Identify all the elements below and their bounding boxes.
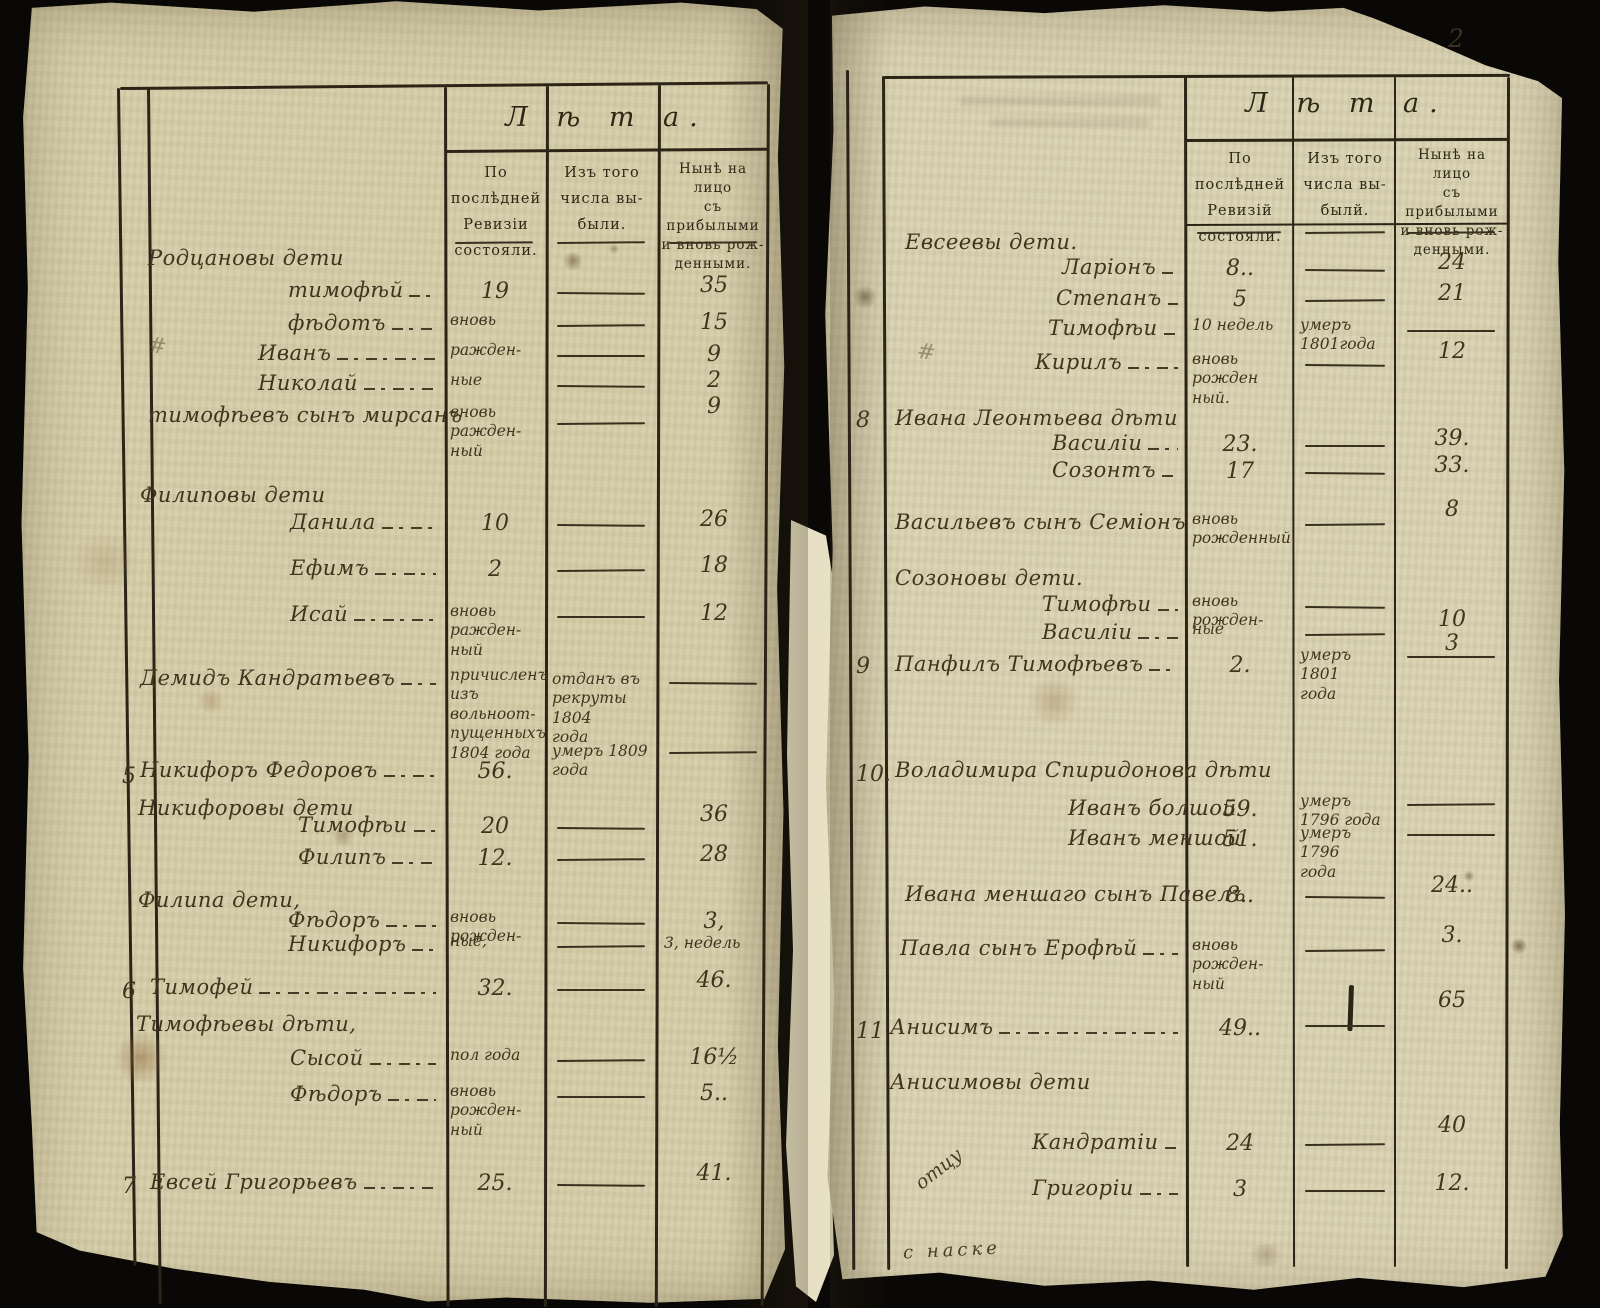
handdrawn-dash-line (557, 1059, 645, 1062)
age-now: 21 (1402, 280, 1502, 308)
ink-bleed-ghost (990, 118, 1150, 127)
dash-leader (999, 1032, 1178, 1034)
person-name: Анисимъ (890, 1015, 993, 1039)
age-last-revision: ражден- (450, 341, 540, 360)
departed-note: умеръ 1801года (1300, 316, 1392, 355)
person-name: Степанъ (1056, 286, 1162, 310)
handdrawn-dash-line (669, 682, 757, 685)
family-group-label: Ивана Леонтьева дѣти (895, 406, 1178, 430)
person-name: Демидъ Кандратьевъ (140, 666, 395, 690)
handdrawn-dash-line (557, 989, 645, 991)
margin-note: с наске (903, 1237, 1002, 1263)
handdrawn-dash-line (1305, 269, 1385, 272)
age-last-revision: 17 (1192, 458, 1288, 486)
margin-note: отцу (911, 1144, 967, 1194)
person-name: Филипъ (298, 845, 386, 869)
household-number: 7 (122, 1174, 136, 1199)
col2-header-left: Изъ того числа вы- были. (551, 160, 653, 238)
handdrawn-dash-line (1305, 523, 1385, 526)
age-last-revision: пол года (450, 1046, 540, 1065)
dash-leader (375, 573, 436, 575)
age-last-revision: 8.. (1192, 255, 1288, 283)
age-now: 5.. (664, 1080, 764, 1108)
handdrawn-dash-line (1305, 1025, 1385, 1027)
age-last-revision: 19 (450, 278, 540, 306)
family-group-label: Филиповы дети (140, 483, 326, 507)
col3-header-left: Нынѣ на лицо съ прибылыми и вновь рож- д… (659, 160, 767, 274)
age-now: 36 (664, 801, 764, 829)
dash-leader (1149, 669, 1178, 671)
person-name: Созоновы дети. (895, 566, 1083, 590)
handdrawn-dash-line (557, 385, 645, 388)
handdrawn-dash-line (557, 1096, 645, 1098)
table-rule-line (882, 76, 890, 1270)
document-scan: Л ѣ т а. По послѣдней Ревизіи состояли. … (0, 0, 1600, 1308)
handdrawn-dash-line (1305, 1190, 1385, 1192)
age-now: 2 (664, 367, 764, 395)
table-rule-line (117, 88, 136, 1266)
person-name: Ивана Леонтьева дѣти (895, 406, 1178, 430)
family-group-label: Евсеевы дети. (905, 230, 1078, 254)
person-name: Исай (290, 602, 348, 626)
paper-stain (1510, 938, 1528, 954)
handdrawn-dash-line (557, 858, 645, 861)
person-row: Степанъ (1056, 286, 1182, 310)
person-name: Ларіонъ (1062, 255, 1156, 279)
table-rule-line (1184, 77, 1189, 1267)
departed-note: умеръ 1809 года (552, 742, 652, 781)
dash-leader (388, 1099, 436, 1101)
person-name: Тимофѣи (298, 813, 408, 837)
person-row: Евсей Григорьевъ (150, 1170, 440, 1194)
person-row: Кандратіи (1032, 1130, 1182, 1154)
age-now: 46. (664, 967, 764, 995)
handdrawn-dash-line (1305, 633, 1385, 636)
age-last-revision: 10 (450, 510, 540, 538)
dash-leader (412, 949, 436, 951)
person-name: Тимофѣи (1048, 316, 1158, 340)
age-last-revision: вновь рожден ный. (1192, 350, 1288, 408)
col1-header-left: По послѣдней Ревизіи состояли. (449, 160, 543, 264)
table-rule-line (1292, 77, 1295, 1267)
person-row: Фѣдоръ (290, 1082, 440, 1106)
person-name: Родцановы дети (148, 246, 344, 270)
page-number: 2 (1448, 24, 1464, 53)
person-row: Василіи (1052, 431, 1182, 455)
household-number: 10. (856, 762, 891, 787)
age-now: 12 (1402, 338, 1502, 366)
person-name: тимофѣевъ сынъ мирсанъ (148, 403, 463, 427)
age-last-revision: 2. (1192, 652, 1288, 680)
age-now: 8 (1402, 496, 1502, 524)
handdrawn-dash-line (1305, 445, 1385, 447)
handdrawn-dash-line (557, 1184, 645, 1187)
age-now: 35 (664, 272, 764, 300)
person-name: Созонтъ (1052, 458, 1156, 482)
col2-header-right: Изъ того числа вы- былй. (1297, 146, 1393, 224)
age-last-revision: вновь ражден- ный (450, 602, 540, 660)
person-name: Фѣдоръ (288, 908, 380, 932)
col3-header-right: Нынѣ на лицо съ прибылыми и вновь рож- д… (1397, 146, 1507, 260)
person-row: Васильевъ сынъ Семіонъ (895, 510, 1182, 534)
person-row: Тимофей (150, 975, 440, 999)
dash-leader (1162, 475, 1178, 477)
person-row: Фѣдоръ (288, 908, 440, 932)
handdrawn-dash-line (557, 827, 645, 830)
age-now: 3, недель (664, 934, 764, 953)
dash-leader (259, 992, 436, 994)
person-row: Демидъ Кандратьевъ (140, 666, 440, 690)
person-name: Фѣдоръ (290, 1082, 382, 1106)
handdrawn-dash-line (1407, 803, 1495, 806)
handdrawn-dash-line (1305, 231, 1385, 234)
person-name: Сысой (290, 1046, 364, 1070)
dash-leader (384, 775, 436, 777)
ink-layer: Л ѣ т а. По послѣдней Ревизіи состояли. … (0, 0, 1600, 1308)
age-last-revision: 56. (450, 758, 540, 786)
family-group-label: Созоновы дети. (895, 566, 1083, 590)
person-row: Иванъ (258, 341, 440, 365)
person-row: Анисимъ (890, 1015, 1182, 1039)
age-now: 41. (664, 1160, 764, 1188)
age-last-revision: 23. (1192, 431, 1288, 459)
dash-leader (1168, 303, 1178, 305)
handdrawn-dash-line (557, 616, 645, 618)
person-row: Кирилъ (1035, 350, 1182, 374)
departed-note: отданъ въ рекруты 1804 года (552, 670, 652, 748)
handdrawn-dash-line (557, 355, 645, 357)
age-now: 33. (1402, 452, 1502, 480)
person-row: Николай (258, 371, 440, 395)
age-last-revision: 3 (1192, 1176, 1288, 1204)
person-name: Филипа дети, (138, 888, 300, 912)
paper-stain (196, 688, 226, 714)
person-row: Василіи (1042, 620, 1182, 644)
family-group-label: Воладимира Спиридонова дѣти (895, 758, 1272, 782)
dash-leader (386, 925, 436, 927)
age-last-revision: 12. (450, 845, 540, 873)
handdrawn-dash-line (1305, 606, 1385, 609)
age-now: 26 (664, 506, 764, 534)
dash-leader (401, 683, 436, 685)
person-name: Тимофей (150, 975, 253, 999)
person-row: фѣдотъ (288, 311, 440, 335)
person-row: Ефимъ (290, 556, 440, 580)
handdrawn-dash-line (557, 324, 645, 327)
person-row: Панфилъ Тимофѣевъ (895, 652, 1182, 676)
departed-note: умеръ 1801 года (1300, 646, 1392, 704)
dash-leader (354, 619, 436, 621)
person-name: Никифоръ Федоровъ (140, 758, 378, 782)
table-rule-line (884, 74, 1510, 79)
household-number: 11 (856, 1019, 884, 1044)
person-row: Григоріи (1032, 1176, 1182, 1200)
age-now: 18 (664, 552, 764, 580)
handdrawn-dash-line (1305, 299, 1385, 302)
person-row: Никифоръ (288, 932, 440, 956)
handdrawn-dash-line (1305, 949, 1385, 952)
age-last-revision: причисленъ изъ вольноот- пущенныхъ 1804 … (450, 666, 540, 763)
person-name: Воладимира Спиридонова дѣти (895, 758, 1272, 782)
handdrawn-dash-line (557, 241, 645, 244)
person-name: Панфилъ Тимофѣевъ (895, 652, 1143, 676)
person-row: Ларіонъ (1062, 255, 1182, 279)
dash-leader (1148, 448, 1178, 450)
family-group-label: Анисимовы дети (890, 1070, 1091, 1094)
table-rule-line (445, 148, 768, 153)
age-last-revision: 24 (1192, 1130, 1288, 1158)
person-row: Созонтъ (1052, 458, 1182, 482)
person-row: тимофѣевъ сынъ мирсанъ (148, 403, 440, 427)
family-group-label: Родцановы дети (148, 246, 344, 270)
handdrawn-dash-line (1305, 364, 1385, 367)
household-number: 9 (856, 654, 870, 679)
person-name: Анисимовы дети (890, 1070, 1091, 1094)
dash-leader (409, 295, 436, 297)
age-now: 24 (1402, 249, 1502, 277)
age-last-revision: вновь (450, 311, 540, 330)
person-row: тимофѣй (288, 278, 440, 302)
handdrawn-dash-line (1305, 896, 1385, 899)
person-row: Никифоръ Федоровъ (140, 758, 440, 782)
table-rule-line (444, 87, 449, 1307)
age-now: 40 (1402, 1112, 1502, 1140)
dash-leader (392, 328, 436, 330)
age-last-revision: вновь рожденный (1192, 510, 1288, 549)
dash-leader (370, 1063, 436, 1065)
person-name: тимофѣй (288, 278, 403, 302)
age-last-revision: 8.. (1192, 882, 1288, 910)
age-last-revision: ные, (450, 932, 540, 951)
person-name: Павла сынъ Ерофѣй (900, 936, 1137, 960)
person-row: Ивана меншаго сынъ Павелъ (905, 882, 1182, 906)
person-name: Тимофѣевы дѣти, (136, 1012, 356, 1036)
age-now: 28 (664, 841, 764, 869)
dash-leader (1128, 367, 1178, 369)
age-now: 24.. (1402, 872, 1502, 900)
age-now: 3, (664, 908, 764, 936)
age-last-revision: 20 (450, 813, 540, 841)
age-last-revision: 10 недель (1192, 316, 1288, 335)
age-last-revision: 5 (1192, 286, 1288, 314)
handdrawn-dash-line (1407, 656, 1495, 658)
age-now: 15 (664, 309, 764, 337)
family-group-label: Филипа дети, (138, 888, 300, 912)
person-name: Григоріи (1032, 1176, 1134, 1200)
handdrawn-dash-line (1407, 330, 1495, 332)
person-row: Тимофѣи (1048, 316, 1182, 340)
paper-stain (112, 1032, 170, 1084)
table-rule-line (1185, 138, 1508, 142)
person-name: Кандратіи (1032, 1130, 1159, 1154)
person-name: Ефимъ (290, 556, 369, 580)
dash-leader (414, 830, 436, 832)
dash-leader (364, 1187, 436, 1189)
paper-stain (852, 286, 878, 308)
handdrawn-dash-line (1305, 472, 1385, 475)
dash-leader (382, 527, 436, 529)
family-group-label: Тимофѣевы дѣти, (136, 1012, 356, 1036)
dash-leader (392, 862, 436, 864)
person-row: Павла сынъ Ерофѣй (900, 936, 1182, 960)
handdrawn-dash-line (557, 945, 645, 948)
age-last-revision: 49.. (1192, 1015, 1288, 1043)
table-rule-line (846, 70, 855, 1270)
age-now: 9 (664, 341, 764, 369)
person-row: Иванъ болшой (1068, 796, 1182, 820)
paper-stain (70, 530, 140, 594)
age-last-revision: ные (1192, 620, 1288, 639)
person-name: Василіи (1042, 620, 1132, 644)
person-row: Тимофѣи (298, 813, 440, 837)
age-now: 16½ (664, 1044, 764, 1072)
age-now: 12. (1402, 1170, 1502, 1198)
person-name: Иванъ (258, 341, 331, 365)
years-header-left: Л ѣ т а. (445, 102, 768, 133)
handdrawn-dash-line (1407, 834, 1495, 836)
dash-leader (364, 388, 436, 390)
paper-stain (1246, 1244, 1286, 1266)
age-last-revision: 59. (1192, 796, 1288, 824)
handdrawn-dash-line (669, 751, 757, 754)
age-last-revision: вновь ражден- ный (450, 403, 540, 461)
age-last-revision: 51. (1192, 826, 1288, 854)
person-row: Иванъ меншой (1068, 826, 1182, 850)
person-name: Данила (290, 510, 376, 534)
age-last-revision: 32. (450, 975, 540, 1003)
household-number: 6 (122, 979, 136, 1004)
ink-bleed-ghost (960, 96, 1160, 106)
person-name: Николай (258, 371, 358, 395)
age-last-revision: вновь рожден- ный (450, 1082, 540, 1140)
age-now: 12 (664, 600, 764, 628)
age-now: 3. (1402, 922, 1502, 950)
household-number: 5 (122, 764, 136, 789)
person-row: Исай (290, 602, 440, 626)
dash-leader (1138, 637, 1178, 639)
dash-leader (1165, 1147, 1178, 1149)
age-now: 3 (1402, 630, 1502, 658)
person-name: Никифоръ (288, 932, 406, 956)
person-name: Евсеевы дети. (905, 230, 1078, 254)
age-now: 9 (664, 393, 764, 421)
paper-stain (562, 252, 584, 270)
person-row: Тимофѣи (1042, 592, 1182, 616)
dash-leader (1164, 333, 1178, 335)
departed-note: умеръ 1796 года (1300, 824, 1392, 882)
age-last-revision: ные (450, 371, 540, 390)
age-now: 65 (1402, 987, 1502, 1015)
handdrawn-dash-line (557, 524, 645, 527)
age-last-revision: 2 (450, 556, 540, 584)
dash-leader (1158, 609, 1178, 611)
person-name: Тимофѣи (1042, 592, 1152, 616)
table-rule-line (147, 88, 161, 1304)
handdrawn-dash-line (557, 292, 645, 295)
person-name: фѣдотъ (288, 311, 386, 335)
person-name: Васильевъ сынъ Семіонъ (895, 510, 1186, 534)
table-rule-line (655, 85, 661, 1307)
age-last-revision: 25. (450, 1170, 540, 1198)
paper-stain (1026, 676, 1082, 726)
handdrawn-dash-line (557, 422, 645, 425)
person-name: Кирилъ (1035, 350, 1122, 374)
paper-stain (608, 244, 620, 254)
margin-hash-mark: # (146, 333, 168, 360)
table-rule-line (544, 86, 549, 1307)
dash-leader (1162, 272, 1178, 274)
dash-leader (1143, 953, 1178, 955)
person-row: Данила (290, 510, 440, 534)
col1-header-right: По послѣдней Ревизій состояли. (1190, 146, 1290, 250)
person-name: Василіи (1052, 431, 1142, 455)
age-now: 39. (1402, 425, 1502, 453)
dash-leader (1140, 1193, 1178, 1195)
years-header-right: Л ѣ т а. (1185, 88, 1508, 119)
handdrawn-dash-line (557, 569, 645, 572)
age-last-revision: вновь рожден- ный (1192, 936, 1288, 994)
person-row: Филипъ (298, 845, 440, 869)
dash-leader (337, 358, 436, 360)
handdrawn-dash-line (557, 922, 645, 925)
person-row: Сысой (290, 1046, 440, 1070)
household-number: 8 (856, 408, 870, 433)
person-name: Филиповы дети (140, 483, 326, 507)
person-name: Евсей Григорьевъ (150, 1170, 358, 1194)
handdrawn-dash-line (1305, 1143, 1385, 1146)
margin-hash-mark: # (915, 339, 937, 366)
